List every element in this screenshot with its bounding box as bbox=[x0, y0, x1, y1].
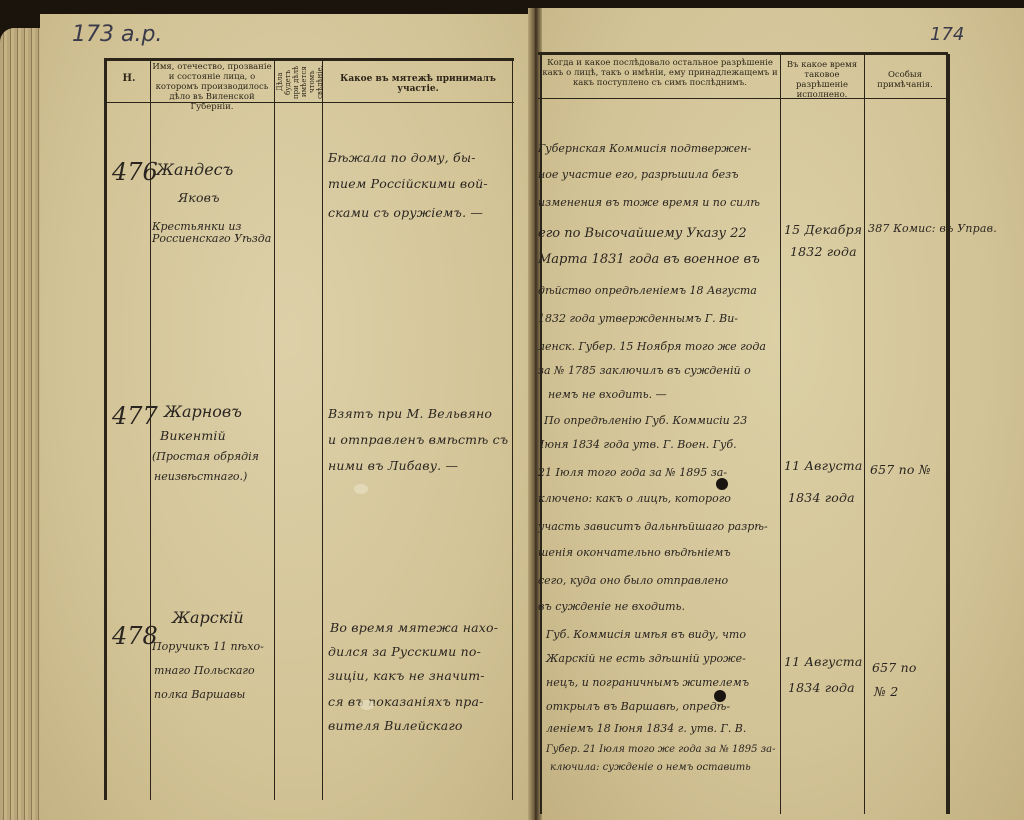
header-executed: Въ какое время таковое разрѣшеніе исполн… bbox=[782, 60, 862, 100]
entry-476-resolution-3: изменения въ тоже время и по силѣ bbox=[538, 196, 760, 209]
entry-478-resolution-4: открылъ въ Варшавѣ, опредѣ- bbox=[546, 700, 730, 713]
open-ledger-book: 173 a.p. 174 Н. Имя, отечество, прозвані… bbox=[0, 0, 1024, 820]
entry-477-participation-1: Взятъ при М. Вельвяно bbox=[328, 406, 492, 421]
right-outer-vline bbox=[946, 54, 950, 814]
col-notes-vline bbox=[864, 54, 865, 814]
entry-476-participation-2: тием Россійскими вой- bbox=[328, 176, 488, 191]
col-prop2-vline bbox=[322, 60, 323, 800]
header-property: Дѣла будетъ при дѣлѣ имѣется чтомъ свѣдѣ… bbox=[276, 62, 320, 102]
entry-476-district: Россиенскаго Уѣзда bbox=[152, 232, 271, 245]
entry-478-city: полка Варшавы bbox=[154, 688, 245, 701]
entry-477-participation-3: ними въ Либаву. — bbox=[328, 458, 458, 473]
entry-477-resolution-1: По опредѣленію Губ. Коммисіи 23 bbox=[544, 414, 747, 427]
header-no: Н. bbox=[110, 74, 148, 84]
entry-477-resolution-6: шенія окончательно вѣдѣніемъ bbox=[538, 546, 731, 559]
entry-476-executed-2: 1832 года bbox=[790, 244, 857, 259]
left-inner-vline bbox=[512, 60, 513, 800]
right-page-number: 174 bbox=[930, 24, 964, 45]
entry-476-resolution-1: Губернская Коммисія подтвержен- bbox=[538, 142, 751, 155]
entry-476-notes: 387 Комис: въ Управ. bbox=[868, 222, 997, 235]
entry-476-resolution-4: его по Высочайшему Указу 22 bbox=[538, 226, 747, 241]
entry-478-surname: Жарскій bbox=[172, 608, 244, 627]
entry-478-number: 478 bbox=[112, 622, 158, 650]
entry-478-participation-5: вителя Вилейскаго bbox=[328, 718, 463, 733]
entry-477-number: 477 bbox=[112, 402, 158, 430]
col-executed-vline bbox=[780, 54, 781, 814]
entry-477-resolution-4: ключено: какъ о лицѣ, которого bbox=[538, 492, 731, 505]
right-header-bottom-rule bbox=[538, 98, 948, 99]
entry-478-notes-2: № 2 bbox=[874, 684, 898, 699]
entry-477-notes: 657 по № bbox=[870, 462, 931, 477]
entry-478-resolution-1: Губ. Коммисія имѣя въ виду, что bbox=[546, 628, 746, 641]
left-top-rule bbox=[104, 58, 514, 61]
entry-476-resolution-5: Марта 1831 года въ военное въ bbox=[538, 252, 760, 267]
entry-476-surname: Жандесъ bbox=[156, 160, 233, 179]
entry-478-regiment: тнаго Польскаго bbox=[154, 664, 255, 677]
entry-477-resolution-7: сего, куда оно было отправлено bbox=[538, 574, 728, 587]
entry-476-participation-3: сками съ оружіемъ. — bbox=[328, 205, 483, 220]
entry-478-resolution-3: нецъ, и пограничнымъ жителемъ bbox=[546, 676, 749, 689]
entry-477-resolution-8: въ сужденіе не входить. bbox=[538, 600, 685, 613]
entry-478-participation-3: зиціи, какъ не значит- bbox=[328, 668, 485, 683]
paper-hole bbox=[714, 690, 726, 702]
entry-476-resolution-10: немъ не входить. — bbox=[548, 388, 667, 401]
entry-478-participation-4: ся въ показаніяхъ пра- bbox=[328, 694, 484, 709]
entry-478-executed-2: 1834 года bbox=[788, 680, 855, 695]
header-notes: Особыя примѣчанія. bbox=[866, 70, 944, 90]
entry-477-status-1: (Простая обрядія bbox=[152, 450, 259, 463]
entry-477-given-name: Викентій bbox=[160, 428, 226, 443]
entry-477-executed-1: 11 Августа bbox=[784, 458, 863, 473]
col-prop-vline bbox=[274, 60, 275, 800]
entry-476-resolution-8: ленск. Губер. 15 Ноября того же года bbox=[538, 340, 766, 353]
entry-476-executed-1: 15 Декабря bbox=[784, 222, 862, 237]
entry-478-rank: Поручикъ 11 пѣхо- bbox=[152, 640, 264, 653]
paper-hole bbox=[716, 478, 728, 490]
paper-stain bbox=[354, 484, 368, 494]
header-participation: Какое въ мятежѣ принималъ участіе. bbox=[326, 74, 510, 94]
header-resolution: Когда и какое послѣдовало остальное разр… bbox=[542, 58, 778, 88]
entry-476-resolution-2: ное участие его, разрѣшила безъ bbox=[538, 168, 739, 181]
entry-476-resolution-6: дѣйство опредѣленіемъ 18 Августа bbox=[538, 284, 757, 297]
entry-478-participation-2: дился за Русскими по- bbox=[328, 644, 481, 659]
entry-477-resolution-2: Іюня 1834 года утв. Г. Воен. Губ. bbox=[540, 438, 737, 451]
paper-stain bbox=[360, 700, 374, 710]
entry-477-resolution-5: участь зависитъ дальнѣйшаго разрѣ- bbox=[538, 520, 768, 533]
entry-478-participation-1: Во время мятежа нахо- bbox=[330, 620, 498, 635]
entry-477-status-2: неизвѣстнаго.) bbox=[154, 470, 247, 483]
entry-477-surname: Жарновъ bbox=[164, 402, 242, 421]
entry-476-given-name: Яковъ bbox=[178, 190, 220, 205]
entry-478-resolution-7: ключила: сужденіе о немъ оставить bbox=[550, 762, 751, 773]
entry-478-resolution-6: Губер. 21 Іюля того же года за № 1895 за… bbox=[546, 744, 775, 755]
entry-478-resolution-2: Жарскій не есть здѣшній уроже- bbox=[546, 652, 746, 665]
header-name: Имя, отечество, прозваніе и состояніе ли… bbox=[152, 62, 272, 112]
left-outer-vline bbox=[104, 60, 107, 800]
entry-477-resolution-3: 21 Іюля того года за № 1895 за- bbox=[538, 466, 727, 479]
entry-478-notes-1: 657 по bbox=[872, 660, 917, 675]
right-top-rule bbox=[538, 52, 948, 55]
entry-476-participation-1: Бѣжала по дому, бы- bbox=[328, 150, 476, 165]
entry-477-participation-2: и отправленъ вмѣстѣ съ bbox=[328, 432, 508, 447]
entry-477-executed-2: 1834 года bbox=[788, 490, 855, 505]
entry-476-resolution-9: за № 1785 заключилъ въ суждeній о bbox=[538, 364, 751, 377]
entry-478-executed-1: 11 Августа bbox=[784, 654, 863, 669]
entry-478-resolution-5: ленiемъ 18 Іюня 1834 г. утв. Г. В. bbox=[546, 722, 746, 735]
left-page-number: 173 a.p. bbox=[72, 22, 162, 47]
entry-476-number: 476 bbox=[112, 158, 158, 186]
entry-476-resolution-7: 1832 года утвержденнымъ Г. Ви- bbox=[538, 312, 738, 325]
